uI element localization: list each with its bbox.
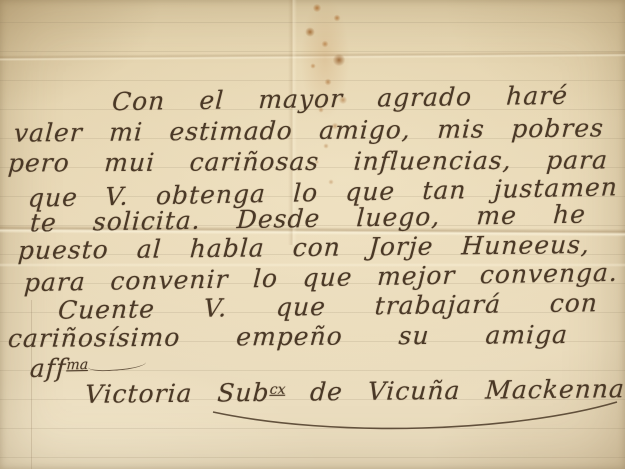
closing-abbreviation: aff bbox=[29, 353, 67, 383]
signature-surname: de Vicuña Mackenna bbox=[309, 374, 625, 406]
signature-superscript: cx bbox=[269, 382, 286, 398]
letter-line-1: Con el mayor agrado haré bbox=[111, 81, 569, 117]
handwritten-letter-page: Con el mayor agrado haré valer mi estima… bbox=[0, 0, 625, 469]
closing-flourish bbox=[88, 355, 146, 372]
letter-line-2: valer mi estimado amigo, mis pobres bbox=[13, 113, 605, 148]
closing-superscript: ma bbox=[66, 357, 88, 373]
signature: Victoria Subcx de Vicuña Mackenna bbox=[84, 371, 625, 410]
signature-name: Victoria Sub bbox=[84, 378, 270, 409]
letter-line-9: cariñosísimo empeño su amiga bbox=[7, 320, 569, 354]
